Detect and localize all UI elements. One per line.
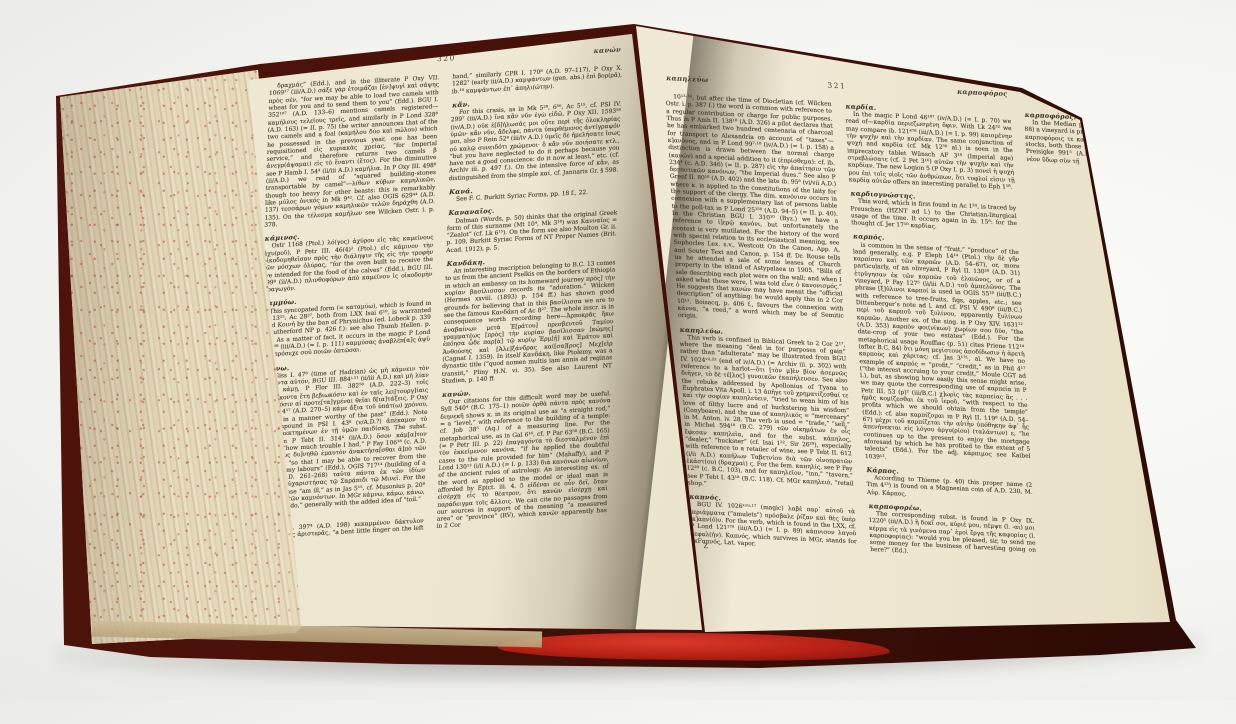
running-head-right: κανών — [594, 46, 622, 55]
photo-background: κάμηλος 320 κανών δραχμάς” (Edd.), and i… — [0, 0, 1236, 700]
entry-text: The corresponding subst. is found in P O… — [868, 511, 1037, 563]
entry-text: This syncopated form (= καταμύω), which … — [260, 300, 432, 360]
entry-text: is common in the sense of “fruit,” “prod… — [852, 242, 1031, 469]
entry-text: An interesting inscription belonging to … — [441, 260, 615, 386]
entry-text: Our citations for this difficult word ma… — [436, 391, 611, 531]
printer-signature: Z — [703, 542, 709, 550]
entry-text: Ostr 1168 (Ptol.) λό(γος) ἀχύρου εἰς τὰς… — [262, 235, 434, 295]
right-page-text-block: καπηλεύω 321 καρποφόρος 10¹³·¹⁶, but aft… — [664, 74, 1037, 572]
entry-text: BGU IV. 1026ˣˣⁱⁱ·¹⁷ (magic) λαβὲ παρ᾽ αὐ… — [689, 502, 858, 554]
running-head-right: καρποφόρος — [957, 88, 1008, 98]
left-page-text: δραχμάς” (Edd.), and in the illiterate P… — [253, 66, 622, 546]
left-page-text-block: κάμηλος 320 κανών δραχμάς” (Edd.), and i… — [253, 46, 623, 546]
entry-text: δραχμάς” (Edd.), and in the illiterate P… — [264, 75, 439, 230]
entry-text: This verb is confined in Biblical Greek … — [679, 334, 854, 495]
entry-text: In the Median parchment P Sa’id Khan 1 A… — [1024, 120, 1193, 172]
entry-text: This word, which is first found in Ac 1²… — [850, 198, 1018, 235]
right-page-text: 10¹³·¹⁶, but after the time of Diocletia… — [665, 94, 1037, 572]
entry-text: For this crasis, as in Mk 5²⁸, 6⁵⁶, Ac 5… — [449, 101, 622, 183]
entry-text: In the magic P Lond 46¹⁸⁷ (iv/A.D.) (= I… — [845, 111, 1015, 192]
entry-text: Dalman (Words, p. 50) thinks that the or… — [446, 210, 617, 255]
entry-text: 10¹³·¹⁶, but after the time of Diocletia… — [665, 94, 844, 328]
